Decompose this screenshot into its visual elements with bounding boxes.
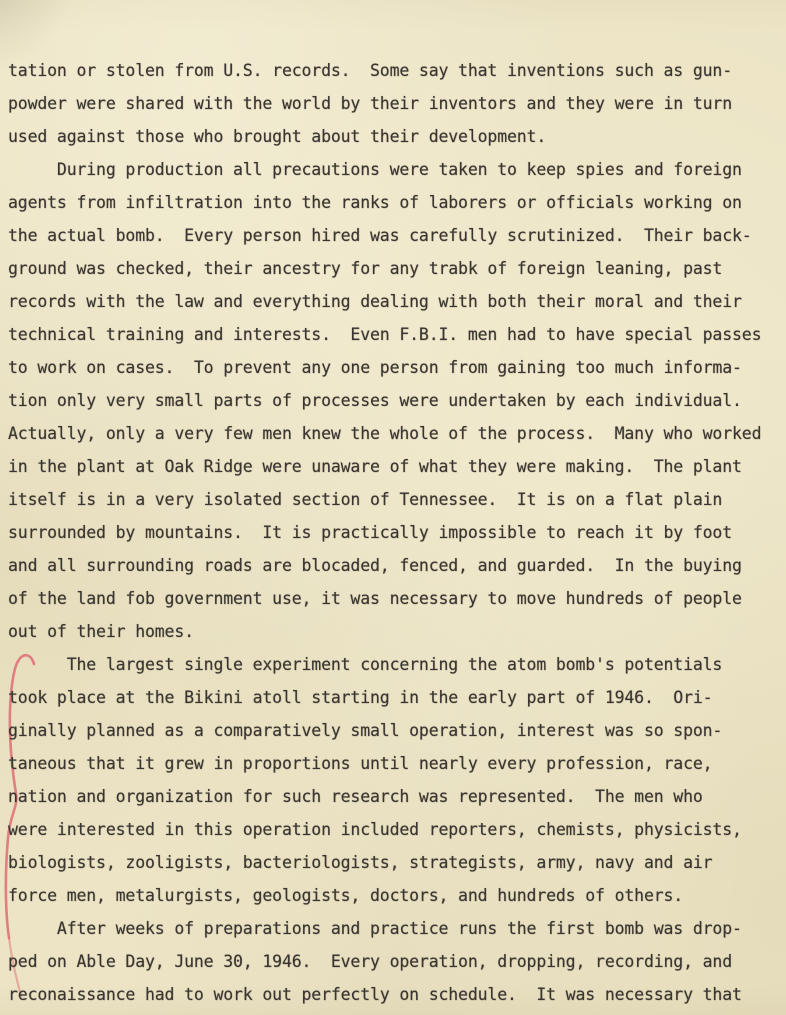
text-line: itself is in a very isolated section of … xyxy=(8,483,784,516)
text-line: agents from infiltration into the ranks … xyxy=(8,186,784,219)
text-line: and all surrounding roads are blocaded, … xyxy=(8,549,784,582)
text-line: During production all precautions were t… xyxy=(8,153,784,186)
text-line: The largest single experiment concerning… xyxy=(8,648,784,681)
text-line: of the land fob government use, it was n… xyxy=(8,582,784,615)
text-line: biologists, zooligists, bacteriologists,… xyxy=(8,846,784,879)
text-line: nation and organization for such researc… xyxy=(8,780,784,813)
text-line: the actual bomb. Every person hired was … xyxy=(8,219,784,252)
document-page: tation or stolen from U.S. records. Some… xyxy=(0,0,786,1015)
text-line: taneous that it grew in proportions unti… xyxy=(8,747,784,780)
text-line: ginally planned as a comparatively small… xyxy=(8,714,784,747)
text-line: ground was checked, their ancestry for a… xyxy=(8,252,784,285)
text-line: Actually, only a very few men knew the w… xyxy=(8,417,784,450)
text-line: reconaissance had to work out perfectly … xyxy=(8,978,784,1011)
text-line: in the plant at Oak Ridge were unaware o… xyxy=(8,450,784,483)
text-line: technical training and interests. Even F… xyxy=(8,318,784,351)
text-line: out of their homes. xyxy=(8,615,784,648)
text-block: tation or stolen from U.S. records. Some… xyxy=(8,54,784,1011)
text-line: were interested in this operation includ… xyxy=(8,813,784,846)
text-line: ped on Able Day, June 30, 1946. Every op… xyxy=(8,945,784,978)
text-line: force men, metalurgists, geologists, doc… xyxy=(8,879,784,912)
text-line: After weeks of preparations and practice… xyxy=(8,912,784,945)
text-line: to work on cases. To prevent any one per… xyxy=(8,351,784,384)
text-line: used against those who brought about the… xyxy=(8,120,784,153)
text-line: tation or stolen from U.S. records. Some… xyxy=(8,54,784,87)
text-line: records with the law and everything deal… xyxy=(8,285,784,318)
text-line: tion only very small parts of processes … xyxy=(8,384,784,417)
text-line: surrounded by mountains. It is practical… xyxy=(8,516,784,549)
text-line: took place at the Bikini atoll starting … xyxy=(8,681,784,714)
text-line: powder were shared with the world by the… xyxy=(8,87,784,120)
